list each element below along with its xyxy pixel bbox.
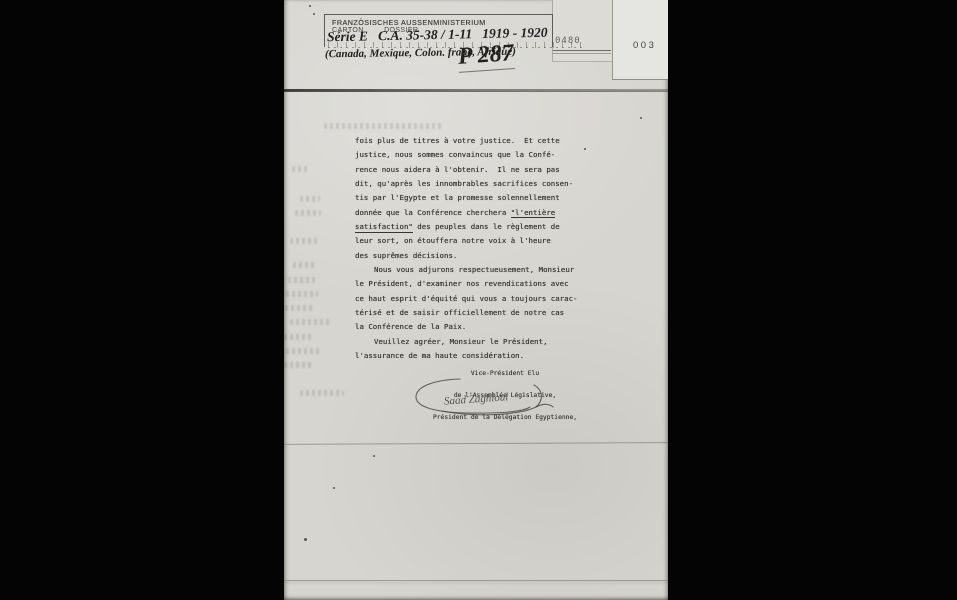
handwritten-signature: Saad Zaghloul xyxy=(412,375,564,421)
bleedthrough-mark xyxy=(288,277,318,283)
bleedthrough-mark xyxy=(286,348,322,354)
bleedthrough-mark xyxy=(293,262,315,268)
letter-text: dit, qu'après les innombrables sacrifice… xyxy=(355,179,573,188)
fold-crease-top xyxy=(284,89,668,92)
letter-text: justice, nous sommes convaincus que la C… xyxy=(355,150,555,159)
bleedthrough-mark xyxy=(290,319,330,325)
scan-speck xyxy=(373,455,375,457)
stamp-page-ref-handwritten: P 287 xyxy=(457,40,515,73)
bleedthrough-mark xyxy=(285,305,313,311)
letter-line: térisé et de saisir officiellement de no… xyxy=(355,306,581,320)
letter-line: satisfaction" des peuples dans le règlem… xyxy=(355,220,581,234)
letter-text: térisé et de saisir officiellement de no… xyxy=(355,308,564,317)
letter-text: Nous vous adjurons respectueusement, Mon… xyxy=(374,265,574,274)
letter-text: des peuples dans le règlement de xyxy=(413,222,560,231)
letter-text: des suprêmes décisions. xyxy=(355,251,457,260)
letter-line: ce haut esprit d'équité qui vous a toujo… xyxy=(355,292,581,306)
attached-corner-card: 003 xyxy=(612,0,668,80)
bleedthrough-mark xyxy=(286,291,318,297)
bleedthrough-mark xyxy=(295,210,321,216)
letter-text: le Président, d'examiner nos revendicati… xyxy=(355,279,569,288)
bleedthrough-mark xyxy=(290,238,318,244)
letter-text: ce haut esprit d'équité qui vous a toujo… xyxy=(355,294,577,303)
folio-corner-number: 003 xyxy=(633,40,656,51)
letter-line: justice, nous sommes convaincus que la C… xyxy=(355,148,581,162)
underlined-phrase: "l'entière xyxy=(511,208,556,219)
underlined-phrase: satisfaction" xyxy=(355,222,413,233)
scan-speck xyxy=(584,148,586,150)
letter-body: fois plus de titres à votre justice. Et … xyxy=(355,134,581,364)
slip-underline-2 xyxy=(553,53,611,54)
letter-line: des suprêmes décisions. xyxy=(355,249,581,263)
bleedthrough-mark xyxy=(324,123,444,129)
letter-text: leur sort, on étouffera notre voix à l'h… xyxy=(355,236,551,245)
letter-text: fois plus de titres à votre justice. Et … xyxy=(355,136,560,145)
letter-line: leur sort, on étouffera notre voix à l'h… xyxy=(355,234,581,248)
bleedthrough-mark xyxy=(284,334,314,340)
scan-speck xyxy=(309,5,311,7)
bleedthrough-mark xyxy=(292,166,310,172)
letter-text: la Conférence de la Paix. xyxy=(355,322,466,331)
bleedthrough-mark xyxy=(300,196,320,202)
signature-flourish-right xyxy=(534,385,541,407)
letter-line: fois plus de titres à votre justice. Et … xyxy=(355,134,581,148)
letter-line: tis par l'Egypte et la promesse solennel… xyxy=(355,191,581,205)
letter-text: tis par l'Egypte et la promesse solennel… xyxy=(355,193,560,202)
letter-text: donnée que la Conférence cherchera xyxy=(355,208,511,217)
letter-line: donnée que la Conférence cherchera "l'en… xyxy=(355,206,581,220)
scan-speck xyxy=(333,487,335,489)
letter-text: rence nous aidera à l'obtenir. Il ne ser… xyxy=(355,165,560,174)
letter-line: rence nous aidera à l'obtenir. Il ne ser… xyxy=(355,163,581,177)
letter-text: Veuillez agréer, Monsieur le Président, xyxy=(374,337,548,346)
bleedthrough-mark xyxy=(300,390,344,396)
scan-speck xyxy=(640,117,642,119)
signature-name-text: Saad Zaghloul xyxy=(444,391,509,407)
scan-background: 0480 003 FRANZÖSISCHES AUSSENMINISTERIUM… xyxy=(0,0,957,600)
letter-line: Veuillez agréer, Monsieur le Président, xyxy=(355,335,581,349)
letter-line: Nous vous adjurons respectueusement, Mon… xyxy=(355,263,581,277)
scan-speck xyxy=(313,13,315,15)
fold-crease-middle xyxy=(284,442,668,445)
bleedthrough-mark xyxy=(284,362,314,368)
scan-speck xyxy=(304,538,307,541)
slip-underline xyxy=(553,50,611,51)
letter-line: le Président, d'examiner nos revendicati… xyxy=(355,277,581,291)
letter-line: dit, qu'après les innombrables sacrifice… xyxy=(355,177,581,191)
document-page: 0480 003 FRANZÖSISCHES AUSSENMINISTERIUM… xyxy=(284,0,668,600)
fold-crease-bottom xyxy=(284,580,668,581)
letter-line: la Conférence de la Paix. xyxy=(355,320,581,334)
attached-slip: 0480 xyxy=(552,0,612,62)
